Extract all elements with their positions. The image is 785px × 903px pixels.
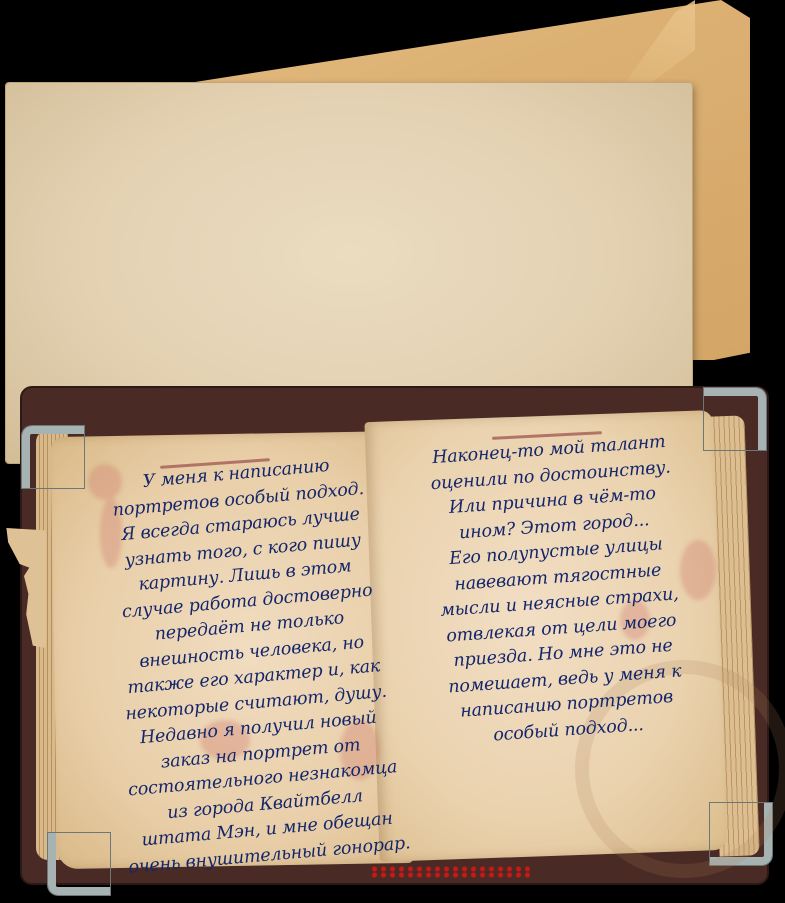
diary-right-text: Наконец-то мой талант оценили по достоин…: [398, 428, 719, 754]
metal-corner-top-right-icon: [704, 388, 766, 450]
diary-left-text: У меня к написанию портретов особый подх…: [71, 448, 435, 883]
metal-corner-bottom-left-icon: [48, 833, 110, 895]
blood-splatter: [370, 866, 530, 878]
